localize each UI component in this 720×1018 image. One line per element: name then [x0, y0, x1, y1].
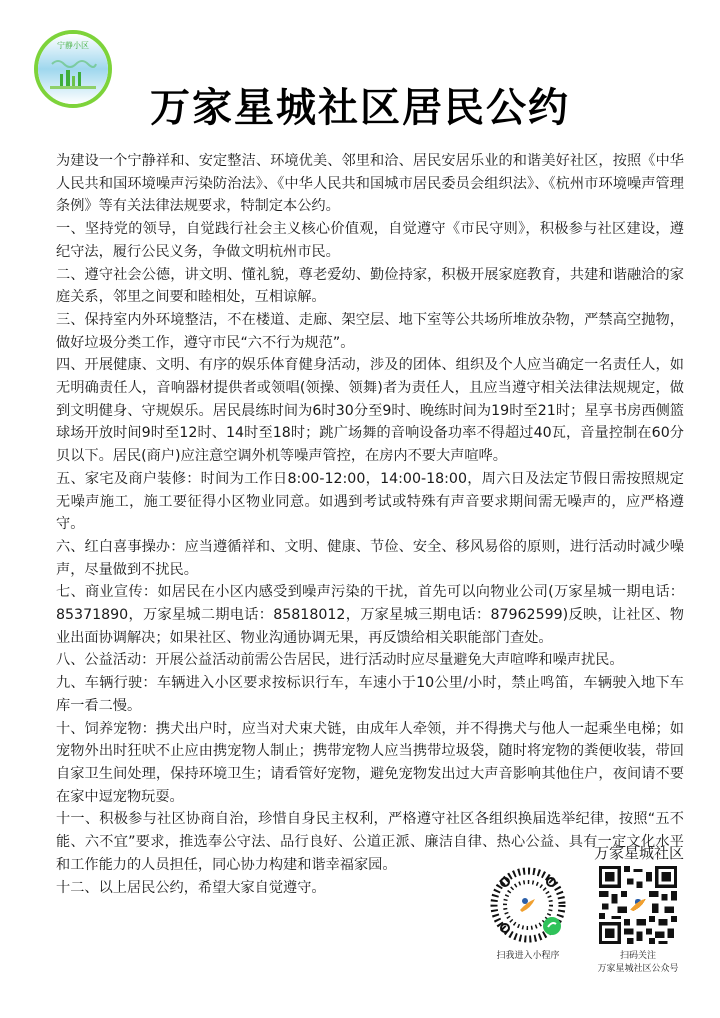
official-account-qr-code[interactable]: 扫码关注 万家星城社区公众号 — [578, 866, 698, 976]
rule-paragraph-8: 八、公益活动：开展公益活动前需公告居民，进行活动时应尽量避免大声喧哗和噪声扰民。 — [56, 649, 684, 672]
rule-paragraph-9: 九、车辆行驶：车辆进入小区要求按标识行车，车速小于10公里/小时，禁止鸣笛，车辆… — [56, 672, 684, 717]
qr-caption-line-1: 扫码关注 — [578, 950, 698, 963]
rule-paragraph-7: 七、商业宣传：如居民在小区内感受到噪声污染的干扰，首先可以向物业公司(万家星城一… — [56, 581, 684, 649]
official-account-caption: 扫码关注 万家星城社区公众号 — [578, 950, 698, 976]
rule-paragraph-3: 三、保持室内外环境整洁，不在楼道、走廊、架空层、地下室等公共场所堆放杂物，严禁高… — [56, 309, 684, 354]
rule-paragraph-10: 十、饲养宠物：携犬出户时，应当对犬束犬链，由成年人牵领，并不得携犬与他人一起乘坐… — [56, 718, 684, 809]
qr-code-icon — [599, 866, 677, 944]
mini-program-code[interactable]: 扫我进入小程序 — [478, 866, 578, 963]
qr-caption-line-2: 万家星城社区公众号 — [578, 963, 698, 976]
preamble-paragraph: 为建设一个宁静祥和、安定整洁、环境优美、邻里和洽、居民安居乐业的和谐美好社区，按… — [56, 150, 684, 218]
page-title: 万家星城社区居民公约 — [0, 84, 720, 132]
rule-paragraph-4: 四、开展健康、文明、有序的娱乐体育健身活动，涉及的团体、组织及个人应当确定一名责… — [56, 354, 684, 468]
mini-program-caption: 扫我进入小程序 — [478, 950, 578, 963]
rule-paragraph-1: 一、坚持党的领导，自觉践行社会主义核心价值观，自觉遵守《市民守则》，积极参与社区… — [56, 218, 684, 263]
rule-paragraph-6: 六、红白喜事操办：应当遵循祥和、文明、健康、节俭、安全、移风易俗的原则，进行活动… — [56, 536, 684, 581]
rule-paragraph-2: 二、遵守社会公德，讲文明、懂礼貌，尊老爱幼、勤俭持家，积极开展家庭教育，共建和谐… — [56, 264, 684, 309]
notice-body: 为建设一个宁静祥和、安定整洁、环境优美、邻里和洽、居民安居乐业的和谐美好社区，按… — [86, 150, 684, 899]
signature: 万家星城社区 — [594, 842, 684, 863]
rule-paragraph-5: 五、家宅及商户装修：时间为工作日8:00-12:00，14:00-18:00，周… — [56, 468, 684, 536]
mini-program-code-icon — [489, 866, 567, 944]
svg-text:宁静小区: 宁静小区 — [57, 40, 89, 50]
